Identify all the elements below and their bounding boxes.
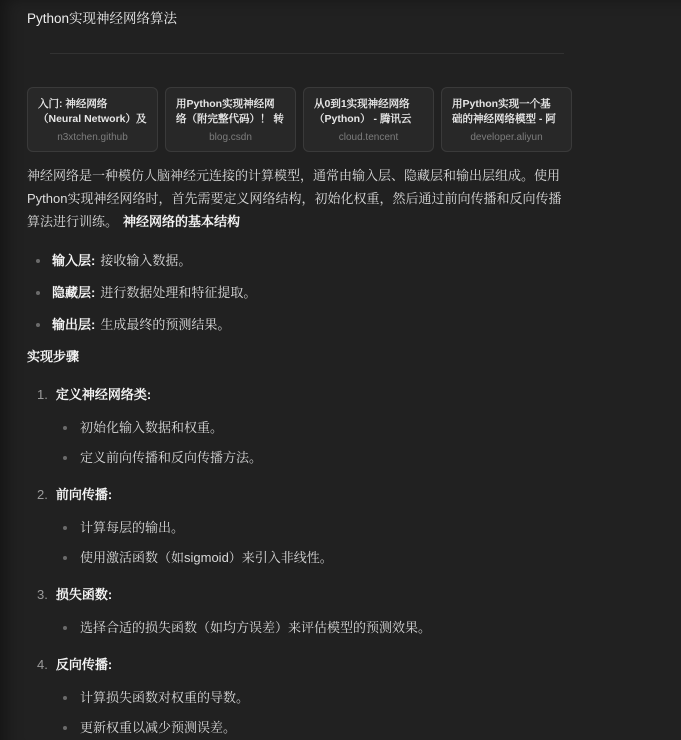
step-number: 4. bbox=[37, 657, 48, 672]
list-desc: 进行数据处理和特征提取。 bbox=[100, 285, 256, 300]
sub-list-item: 计算每层的输出。 bbox=[27, 516, 681, 539]
bullet-dot-icon bbox=[63, 726, 67, 730]
step-term: 反向传播: bbox=[56, 657, 112, 672]
step-sublist: 计算每层的输出。 使用激活函数（如sigmoid）来引入非线性。 bbox=[27, 516, 681, 569]
intro-text: 神经网络是一种模仿人脑神经元连接的计算模型，通常由输入层、隐藏层和输出层组成。使… bbox=[27, 168, 561, 229]
sub-list-item: 计算损失函数对权重的导数。 bbox=[27, 686, 681, 709]
steps-heading: 实现步骤 bbox=[27, 345, 681, 368]
list-item: 输出层:生成最终的预测结果。 bbox=[27, 313, 681, 336]
step-item: 1.定义神经网络类: 初始化输入数据和权重。 定义前向传播和反向传播方法。 bbox=[27, 383, 681, 469]
bullet-dot-icon bbox=[36, 259, 40, 263]
step-sublist: 初始化输入数据和权重。 定义前向传播和反向传播方法。 bbox=[27, 416, 681, 469]
sub-list-item: 选择合适的损失函数（如均方误差）来评估模型的预测效果。 bbox=[27, 616, 681, 639]
sub-list-item: 初始化输入数据和权重。 bbox=[27, 416, 681, 439]
source-card-domain: n3xtchen.github bbox=[38, 132, 147, 144]
source-card-title: 从0到1实现神经网络（Python） - 腾讯云 bbox=[314, 97, 423, 127]
source-card-domain: blog.csdn bbox=[176, 132, 285, 144]
list-desc: 接收输入数据。 bbox=[100, 253, 191, 268]
step-sublist: 计算损失函数对权重的导数。 更新权重以减少预测误差。 bbox=[27, 686, 681, 739]
source-card-domain: developer.aliyun bbox=[452, 132, 561, 144]
structure-list: 输入层:接收输入数据。 隐藏层:进行数据处理和特征提取。 输出层:生成最终的预测… bbox=[27, 249, 681, 336]
step-term: 前向传播: bbox=[56, 487, 112, 502]
chat-response-panel: Python实现神经网络算法 入门: 神经网络（Neural Network）及… bbox=[0, 0, 681, 740]
source-card-title: 入门: 神经网络（Neural Network）及Python 实... bbox=[38, 97, 147, 127]
source-cards-row: 入门: 神经网络（Neural Network）及Python 实... n3x… bbox=[27, 87, 572, 152]
sub-list-item: 使用激活函数（如sigmoid）来引入非线性。 bbox=[27, 546, 681, 569]
step-head: 3.损失函数: bbox=[27, 583, 681, 606]
sub-item-text: 使用激活函数（如sigmoid）来引入非线性。 bbox=[80, 550, 333, 565]
step-number: 3. bbox=[37, 587, 48, 602]
step-number: 1. bbox=[37, 387, 48, 402]
step-term: 定义神经网络类: bbox=[56, 387, 151, 402]
bullet-dot-icon bbox=[63, 556, 67, 560]
list-term: 输入层: bbox=[52, 253, 95, 268]
sub-item-text: 计算损失函数对权重的导数。 bbox=[80, 690, 249, 705]
list-term: 隐藏层: bbox=[52, 285, 95, 300]
intro-paragraph: 神经网络是一种模仿人脑神经元连接的计算模型，通常由输入层、隐藏层和输出层组成。使… bbox=[27, 164, 568, 233]
list-item: 隐藏层:进行数据处理和特征提取。 bbox=[27, 281, 681, 304]
bullet-dot-icon bbox=[63, 426, 67, 430]
source-card[interactable]: 用Python实现一个基础的神经网络模型 - 阿里云... developer.… bbox=[441, 87, 572, 152]
list-item: 输入层:接收输入数据。 bbox=[27, 249, 681, 272]
source-card-domain: cloud.tencent bbox=[314, 132, 423, 144]
bullet-dot-icon bbox=[63, 526, 67, 530]
steps-list: 1.定义神经网络类: 初始化输入数据和权重。 定义前向传播和反向传播方法。 2.… bbox=[27, 383, 681, 739]
bullet-dot-icon bbox=[36, 291, 40, 295]
step-head: 4.反向传播: bbox=[27, 653, 681, 676]
divider bbox=[50, 53, 564, 54]
bullet-dot-icon bbox=[63, 696, 67, 700]
source-card[interactable]: 入门: 神经网络（Neural Network）及Python 实... n3x… bbox=[27, 87, 158, 152]
sub-item-text: 计算每层的输出。 bbox=[80, 520, 184, 535]
bullet-dot-icon bbox=[63, 456, 67, 460]
sub-item-text: 定义前向传播和反向传播方法。 bbox=[80, 450, 262, 465]
step-sublist: 选择合适的损失函数（如均方误差）来评估模型的预测效果。 bbox=[27, 616, 681, 639]
source-card-title: 用Python实现神经网络（附完整代码）！ 转载... bbox=[176, 97, 285, 127]
bullet-dot-icon bbox=[63, 626, 67, 630]
step-item: 4.反向传播: 计算损失函数对权重的导数。 更新权重以减少预测误差。 bbox=[27, 653, 681, 739]
sub-item-text: 初始化输入数据和权重。 bbox=[80, 420, 223, 435]
source-card[interactable]: 从0到1实现神经网络（Python） - 腾讯云 cloud.tencent bbox=[303, 87, 434, 152]
list-desc: 生成最终的预测结果。 bbox=[100, 317, 230, 332]
step-item: 2.前向传播: 计算每层的输出。 使用激活函数（如sigmoid）来引入非线性。 bbox=[27, 483, 681, 569]
source-card[interactable]: 用Python实现神经网络（附完整代码）！ 转载... blog.csdn bbox=[165, 87, 296, 152]
step-head: 2.前向传播: bbox=[27, 483, 681, 506]
sub-list-item: 更新权重以减少预测误差。 bbox=[27, 716, 681, 739]
step-head: 1.定义神经网络类: bbox=[27, 383, 681, 406]
step-item: 3.损失函数: 选择合适的损失函数（如均方误差）来评估模型的预测效果。 bbox=[27, 583, 681, 639]
sub-item-text: 选择合适的损失函数（如均方误差）来评估模型的预测效果。 bbox=[80, 620, 431, 635]
step-number: 2. bbox=[37, 487, 48, 502]
sub-item-text: 更新权重以减少预测误差。 bbox=[80, 720, 236, 735]
source-card-title: 用Python实现一个基础的神经网络模型 - 阿里云... bbox=[452, 97, 561, 127]
inline-section-heading: 神经网络的基本结构 bbox=[123, 214, 240, 229]
bullet-dot-icon bbox=[36, 323, 40, 327]
sub-list-item: 定义前向传播和反向传播方法。 bbox=[27, 446, 681, 469]
page-title: Python实现神经网络算法 bbox=[27, 9, 681, 28]
list-term: 输出层: bbox=[52, 317, 95, 332]
step-term: 损失函数: bbox=[56, 587, 112, 602]
